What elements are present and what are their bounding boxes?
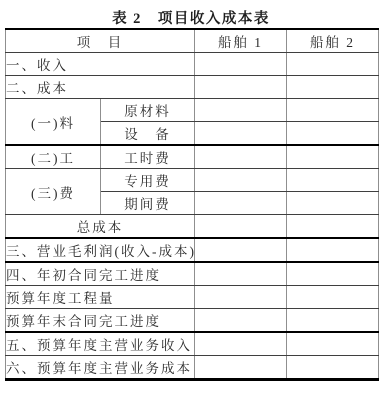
row-income-label: 一、收入 [6, 53, 195, 76]
value-cell [287, 238, 379, 262]
header-ship2: 船舶 2 [287, 29, 379, 53]
value-cell [195, 76, 287, 99]
value-cell [287, 192, 379, 215]
value-cell [287, 309, 379, 333]
row-special-fee: (三)费 专用费 [6, 169, 379, 192]
value-cell [195, 262, 287, 286]
project-revenue-cost-table: 项 目 船舶 1 船舶 2 一、收入 二、成本 (一)料 原材料 设 备 (二)… [5, 28, 379, 381]
row-raw-material-label: 原材料 [101, 99, 195, 122]
value-cell [287, 215, 379, 239]
row-budget-year-quantity: 预算年度工程量 [6, 286, 379, 309]
row-labor-fee-label: 工时费 [101, 145, 195, 169]
row-special-fee-label: 专用费 [101, 169, 195, 192]
row-begin-year-progress: 四、年初合同完工进度 [6, 262, 379, 286]
row-period-fee-label: 期间费 [101, 192, 195, 215]
value-cell [195, 169, 287, 192]
value-cell [195, 309, 287, 333]
row-budget-main-revenue: 五、预算年度主营业务收入 [6, 332, 379, 356]
group-material-label: (一)料 [6, 99, 101, 146]
value-cell [195, 99, 287, 122]
row-raw-material: (一)料 原材料 [6, 99, 379, 122]
value-cell [287, 53, 379, 76]
group-labor-label: (二)工 [6, 145, 101, 169]
table-title: 表 2 项目收入成本表 [0, 0, 382, 27]
row-cost: 二、成本 [6, 76, 379, 99]
value-cell [287, 286, 379, 309]
value-cell [195, 286, 287, 309]
row-budget-year-quantity-label: 预算年度工程量 [6, 286, 195, 309]
value-cell [195, 145, 287, 169]
value-cell [287, 145, 379, 169]
row-budget-main-cost: 六、预算年度主营业务成本 [6, 356, 379, 380]
scanned-document-page: 表 2 项目收入成本表 项 目 船舶 1 船舶 2 一、收入 二、成本 (一)料… [0, 0, 382, 406]
header-row: 项 目 船舶 1 船舶 2 [6, 29, 379, 53]
value-cell [287, 332, 379, 356]
value-cell [287, 122, 379, 146]
group-expense-label: (三)费 [6, 169, 101, 215]
row-gross-profit-label: 三、营业毛利润(收入-成本) [6, 238, 195, 262]
value-cell [287, 169, 379, 192]
value-cell [195, 122, 287, 146]
row-income: 一、收入 [6, 53, 379, 76]
value-cell [287, 262, 379, 286]
value-cell [195, 238, 287, 262]
value-cell [287, 76, 379, 99]
value-cell [195, 332, 287, 356]
row-gross-profit: 三、营业毛利润(收入-成本) [6, 238, 379, 262]
row-budget-main-revenue-label: 五、预算年度主营业务收入 [6, 332, 195, 356]
value-cell [287, 99, 379, 122]
row-cost-label: 二、成本 [6, 76, 195, 99]
row-begin-year-progress-label: 四、年初合同完工进度 [6, 262, 195, 286]
row-total-cost-label: 总成本 [6, 215, 195, 239]
row-end-year-progress: 预算年末合同完工进度 [6, 309, 379, 333]
row-labor-fee: (二)工 工时费 [6, 145, 379, 169]
value-cell [195, 215, 287, 239]
value-cell [195, 192, 287, 215]
value-cell [195, 53, 287, 76]
row-total-cost: 总成本 [6, 215, 379, 239]
header-ship1: 船舶 1 [195, 29, 287, 53]
header-item: 项 目 [6, 29, 195, 53]
value-cell [287, 356, 379, 380]
row-budget-main-cost-label: 六、预算年度主营业务成本 [6, 356, 195, 380]
value-cell [195, 356, 287, 380]
row-equipment-label: 设 备 [101, 122, 195, 146]
row-end-year-progress-label: 预算年末合同完工进度 [6, 309, 195, 333]
